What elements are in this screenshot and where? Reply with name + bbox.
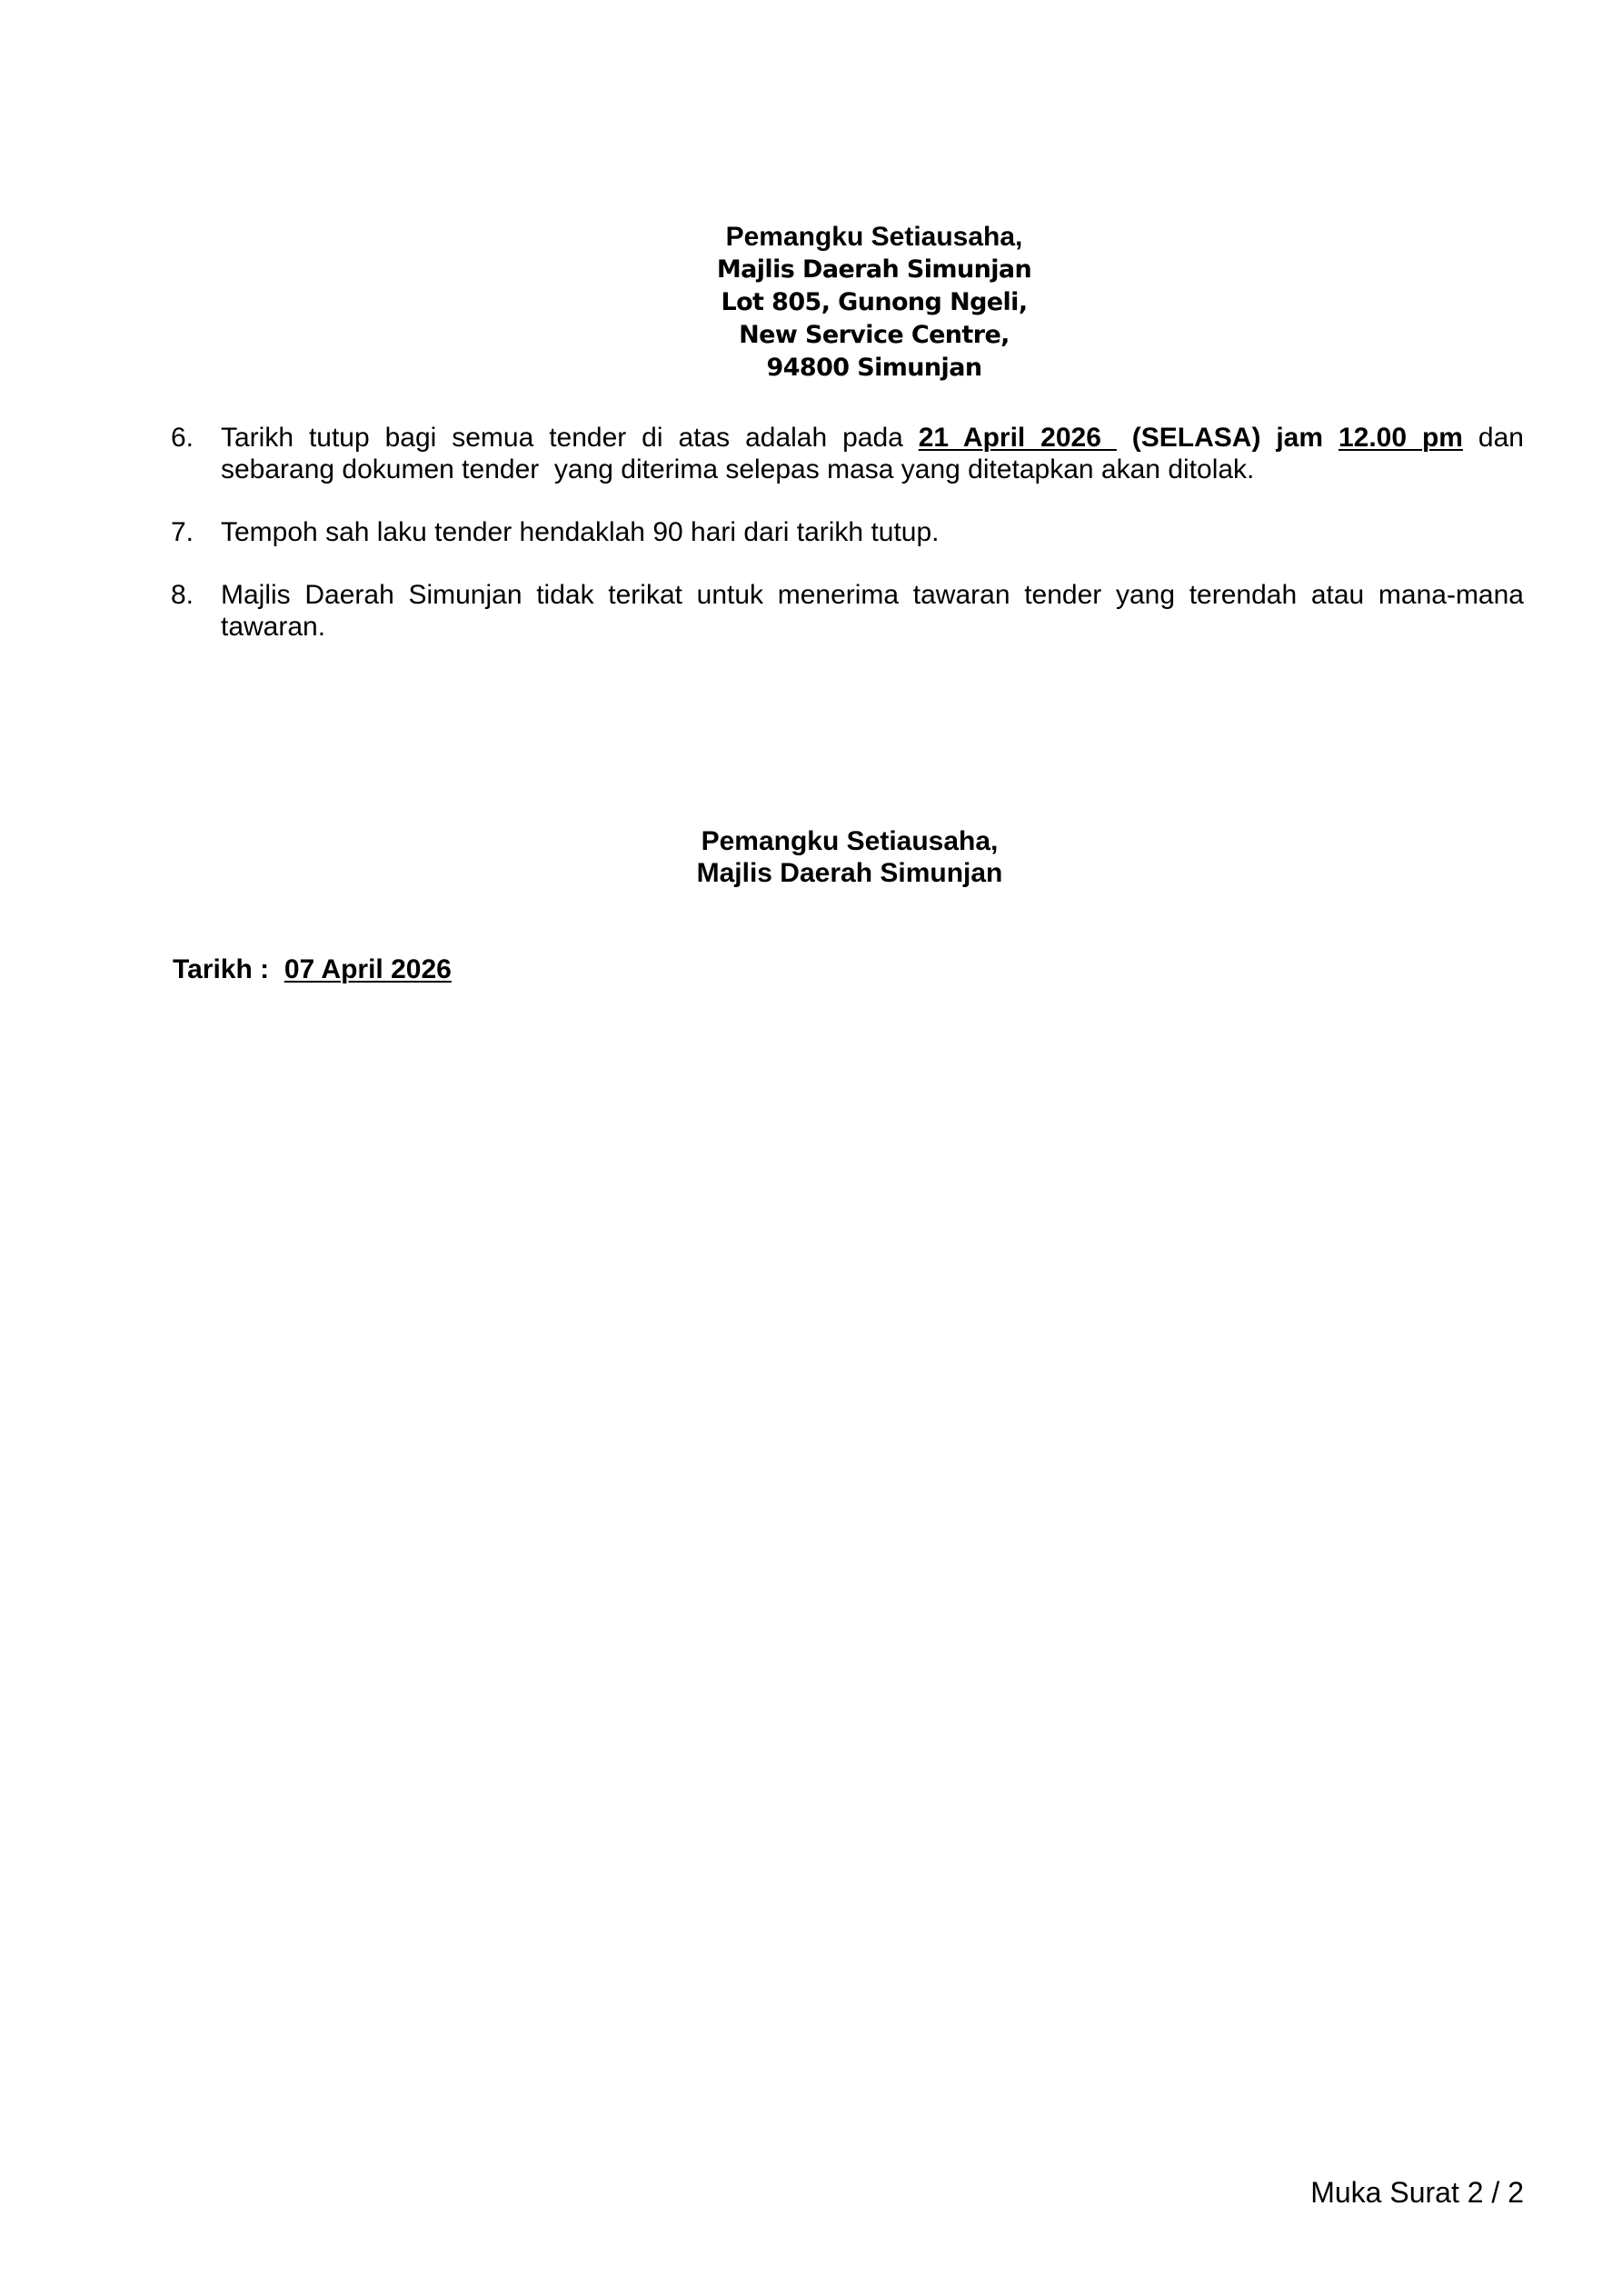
item-number: 8. [171, 579, 194, 611]
page-number: Muka Surat 2 / 2 [1310, 2175, 1524, 2210]
closing-time: 12.00 pm [1338, 423, 1463, 453]
item-7-text: Tempoh sah laku tender hendaklah 90 hari… [221, 516, 1524, 548]
signature-block: Pemangku Setiausaha, Majlis Daerah Simun… [0, 825, 1622, 889]
list-item-8: 8. Majlis Daerah Simunjan tidak terikat … [171, 579, 1524, 643]
item-6-line-2: sebarang dokumen tender yang diterima se… [221, 454, 1524, 485]
item-number: 7. [171, 516, 194, 548]
closing-date: 21 April 2026 [919, 423, 1101, 453]
list-item-7: 7. Tempoh sah laku tender hendaklah 90 h… [171, 516, 1524, 548]
address-organization: Majlis Daerah Simunjan [0, 254, 1622, 286]
item-6-line-1: Tarikh tutup bagi semua tender di atas a… [221, 422, 1524, 454]
address-street: Lot 805, Gunong Ngeli, [0, 286, 1622, 319]
item-6-suffix: dan [1478, 423, 1524, 453]
date-label: Tarikh : [173, 954, 269, 984]
date-line: Tarikh : 07 April 2026 [173, 953, 452, 985]
list-item-6: 6. Tarikh tutup bagi semua tender di ata… [171, 422, 1524, 485]
tender-conditions-list: 6. Tarikh tutup bagi semua tender di ata… [171, 422, 1524, 674]
address-block: Pemangku Setiausaha, Majlis Daerah Simun… [0, 221, 1622, 384]
signature-title: Pemangku Setiausaha, [0, 825, 1622, 857]
document-page: Pemangku Setiausaha, Majlis Daerah Simun… [0, 0, 1622, 2296]
date-value: 07 April 2026 [284, 954, 452, 984]
closing-day: (SELASA) jam [1132, 423, 1323, 453]
signature-organization: Majlis Daerah Simunjan [0, 857, 1622, 889]
item-6-prefix: Tarikh tutup bagi semua tender di atas a… [221, 423, 903, 453]
address-area: New Service Centre, [0, 319, 1622, 352]
item-8-text: Majlis Daerah Simunjan tidak terikat unt… [221, 579, 1524, 643]
address-postcode-city: 94800 Simunjan [0, 352, 1622, 384]
address-title: Pemangku Setiausaha, [0, 221, 1622, 254]
item-number: 6. [171, 422, 194, 454]
